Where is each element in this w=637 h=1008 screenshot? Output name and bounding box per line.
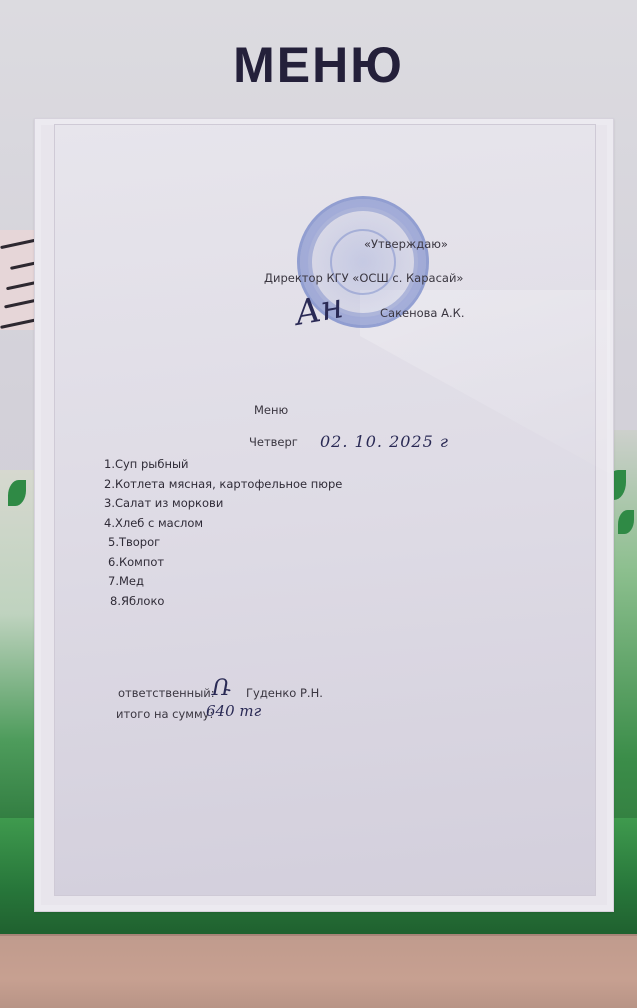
responsible-signature: Ռ [212, 676, 231, 701]
menu-item: 8.Яблоко [104, 592, 342, 612]
menu-item: 6.Компот [104, 553, 342, 573]
menu-item: 5.Творог [104, 533, 342, 553]
menu-item: 2.Котлета мясная, картофельное пюре [104, 475, 342, 495]
handwritten-date: 02. 10. 2025 г [320, 432, 449, 451]
director-signature: Ан [292, 286, 346, 334]
menu-item: 4.Хлеб с маслом [104, 514, 342, 534]
handwritten-total: 640 тг [206, 702, 261, 720]
responsible-label: ответственный: [118, 686, 215, 700]
board-title: МЕНЮ [0, 36, 637, 94]
approved-label: «Утверждаю» [364, 237, 448, 251]
director-line: Директор КГУ «ОСШ с. Карасай» [264, 271, 463, 285]
menu-heading: Меню [254, 403, 288, 417]
menu-item: 3.Салат из моркови [104, 494, 342, 514]
menu-item: 1.Суп рыбный [104, 455, 342, 475]
shelf-ledge [0, 934, 637, 1008]
menu-item-list: 1.Суп рыбный 2.Котлета мясная, картофель… [104, 455, 342, 611]
day-label: Четверг [249, 435, 298, 449]
menu-item: 7.Мед [104, 572, 342, 592]
responsible-name: Гуденко Р.Н. [246, 686, 323, 700]
total-label: итого на сумму: [116, 707, 213, 721]
director-name: Сакенова А.К. [380, 306, 464, 320]
